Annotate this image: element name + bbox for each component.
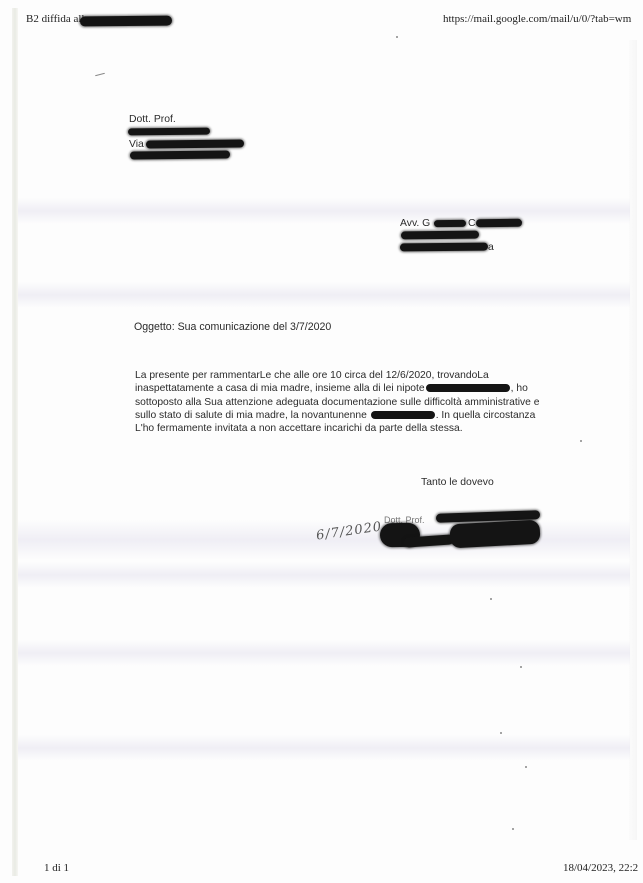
scan-speck bbox=[580, 440, 582, 442]
scan-speck bbox=[490, 598, 492, 600]
scan-artifact-band bbox=[18, 640, 630, 666]
letter-body: La presente per rammentarLe che alle ore… bbox=[135, 369, 540, 435]
scan-speck bbox=[396, 36, 398, 38]
signature-redaction bbox=[449, 520, 540, 549]
scan-artifact-band bbox=[18, 562, 630, 588]
scan-artifact-band bbox=[18, 198, 630, 224]
recipient-title: Dott. Prof. bbox=[129, 113, 176, 126]
print-header-title: B2 diffida all bbox=[26, 13, 84, 25]
cc-address-suffix: a bbox=[488, 241, 494, 254]
redaction bbox=[80, 16, 172, 27]
body-line: sullo stato di salute di mia madre, la n… bbox=[135, 409, 540, 422]
redaction bbox=[146, 139, 244, 148]
redaction bbox=[401, 231, 479, 240]
redaction bbox=[371, 411, 435, 419]
redaction bbox=[476, 219, 522, 227]
scan-speck bbox=[525, 766, 527, 768]
redaction bbox=[130, 150, 230, 159]
print-header-url: https://mail.google.com/mail/u/0/?tab=wm bbox=[443, 13, 631, 25]
body-line: L'ho fermamente invitata a non accettare… bbox=[135, 422, 540, 435]
scan-edge-right bbox=[629, 40, 637, 840]
body-line: inaspettatamente a casa di mia madre, in… bbox=[135, 382, 540, 395]
scanned-document-page: B2 diffida all https://mail.google.com/m… bbox=[0, 0, 643, 883]
cc-lawyer-title: Avv. G bbox=[400, 217, 430, 230]
cc-lawyer-initial: C bbox=[468, 217, 476, 230]
scan-speck bbox=[500, 732, 502, 734]
print-footer-datetime: 18/04/2023, 22:2 bbox=[563, 862, 638, 874]
scan-speck bbox=[520, 666, 522, 668]
redaction bbox=[400, 243, 488, 252]
scan-speck bbox=[95, 73, 105, 77]
scan-artifact-band bbox=[18, 735, 630, 761]
scan-artifact-band bbox=[18, 282, 630, 308]
letter-closing: Tanto le dovevo bbox=[421, 476, 494, 489]
print-footer-page-number: 1 di 1 bbox=[44, 862, 69, 874]
recipient-address-prefix: Via bbox=[129, 138, 144, 151]
redaction bbox=[128, 128, 210, 136]
redaction bbox=[426, 384, 510, 392]
scan-speck bbox=[512, 828, 514, 830]
redaction bbox=[434, 220, 466, 227]
body-line: sottoposto alla Sua attenzione adeguata … bbox=[135, 396, 540, 409]
letter-subject: Oggetto: Sua comunicazione del 3/7/2020 bbox=[134, 321, 331, 334]
body-line: La presente per rammentarLe che alle ore… bbox=[135, 369, 540, 382]
